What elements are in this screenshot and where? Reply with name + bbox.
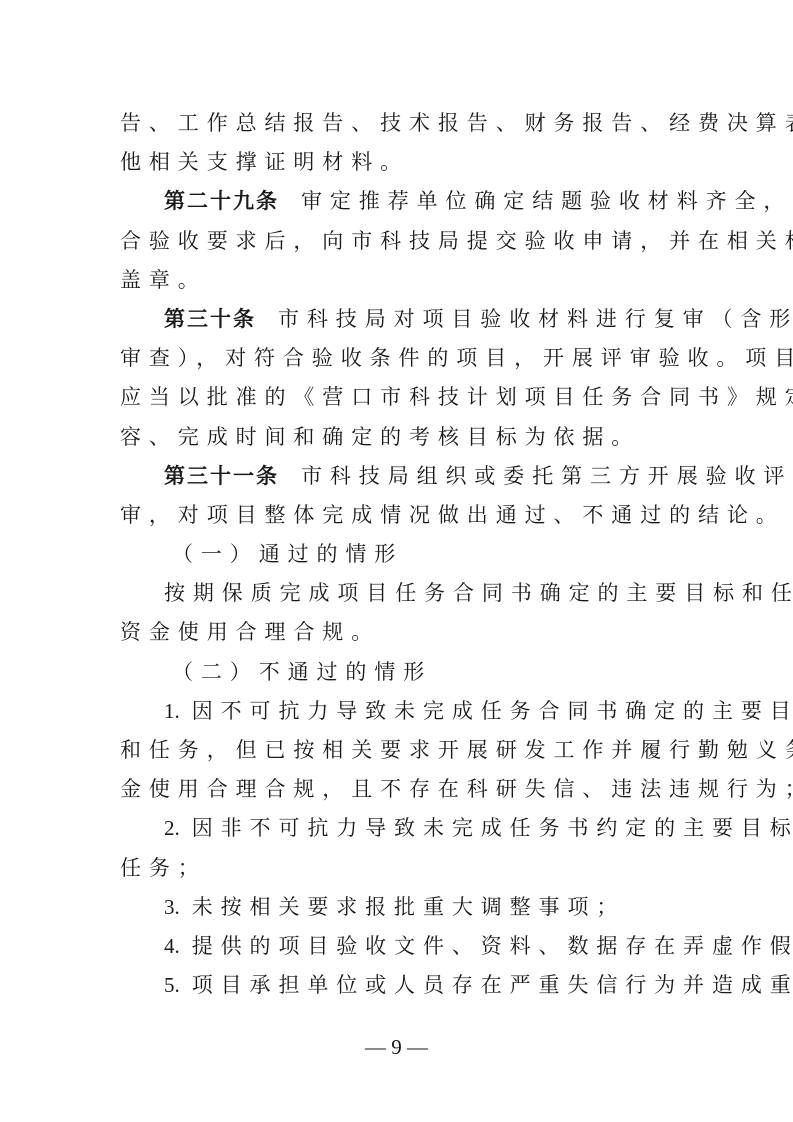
text-line: 盖章。 (120, 261, 680, 300)
list-text: 因非不可抗力导致未完成任务书约定的主要目标和 (192, 816, 793, 840)
list-number: 1. (164, 699, 180, 723)
text-line: 资金使用合理合规。 (120, 613, 680, 652)
text-line: 合验收要求后，向市科技局提交验收申请，并在相关材料处 (120, 222, 680, 261)
text-line: 告、工作总结报告、技术报告、财务报告、经费决算表及其 (120, 104, 680, 143)
text-line: 金使用合理合规，且不存在科研失信、违法违规行为； (120, 770, 680, 809)
list-text: 未按相关要求报批重大调整事项； (192, 895, 626, 919)
list-item-3: 3.未按相关要求报批重大调整事项； (120, 888, 680, 927)
article-text: 市科技局对项目验收材料进行复审（含形式 (278, 307, 793, 331)
article-29: 第二十九条审定推荐单位确定结题验收材料齐全，符 (120, 182, 680, 221)
subsection-heading-pass: （一）通过的情形 (120, 535, 680, 574)
article-heading: 第二十九条 (164, 189, 279, 213)
text-line: 按期保质完成项目任务合同书确定的主要目标和任务， (120, 574, 680, 613)
list-item-4: 4.提供的项目验收文件、资料、数据存在弄虚作假； (120, 927, 680, 966)
text-line: 任务； (120, 849, 680, 888)
list-text: 因不可抗力导致未完成任务合同书确定的主要目标 (192, 699, 793, 723)
list-item-2: 2.因非不可抗力导致未完成任务书约定的主要目标和 (120, 809, 680, 848)
page-number: — 9 — (0, 1035, 793, 1060)
text-line: 审查），对符合验收条件的项目，开展评审验收。项目验收 (120, 339, 680, 378)
article-31: 第三十一条市科技局组织或委托第三方开展验收评 (120, 457, 680, 496)
list-text: 项目承担单位或人员存在严重失信行为并造成重大 (192, 973, 793, 997)
subsection-heading-fail: （二）不通过的情形 (120, 653, 680, 692)
document-page: 告、工作总结报告、技术报告、财务报告、经费决算表及其 他相关支撑证明材料。 第二… (120, 104, 680, 1005)
list-number: 3. (164, 895, 180, 919)
list-number: 5. (164, 973, 180, 997)
text-line: 审，对项目整体完成情况做出通过、不通过的结论。 (120, 496, 680, 535)
article-text: 审定推荐单位确定结题验收材料齐全，符 (301, 189, 793, 213)
article-heading: 第三十条 (164, 307, 256, 331)
list-number: 2. (164, 816, 180, 840)
text-line: 他相关支撑证明材料。 (120, 143, 680, 182)
list-item-5: 5.项目承担单位或人员存在严重失信行为并造成重大 (120, 966, 680, 1005)
list-item-1: 1.因不可抗力导致未完成任务合同书确定的主要目标 (120, 692, 680, 731)
list-number: 4. (164, 934, 180, 958)
article-text: 市科技局组织或委托第三方开展验收评 (301, 464, 792, 488)
article-heading: 第三十一条 (164, 464, 279, 488)
text-line: 应当以批准的《营口市科技计划项目任务合同书》规定的内 (120, 378, 680, 417)
list-text: 提供的项目验收文件、资料、数据存在弄虚作假； (192, 934, 793, 958)
article-30: 第三十条市科技局对项目验收材料进行复审（含形式 (120, 300, 680, 339)
text-line: 和任务，但已按相关要求开展研发工作并履行勤勉义务，资 (120, 731, 680, 770)
text-line: 容、完成时间和确定的考核目标为依据。 (120, 418, 680, 457)
